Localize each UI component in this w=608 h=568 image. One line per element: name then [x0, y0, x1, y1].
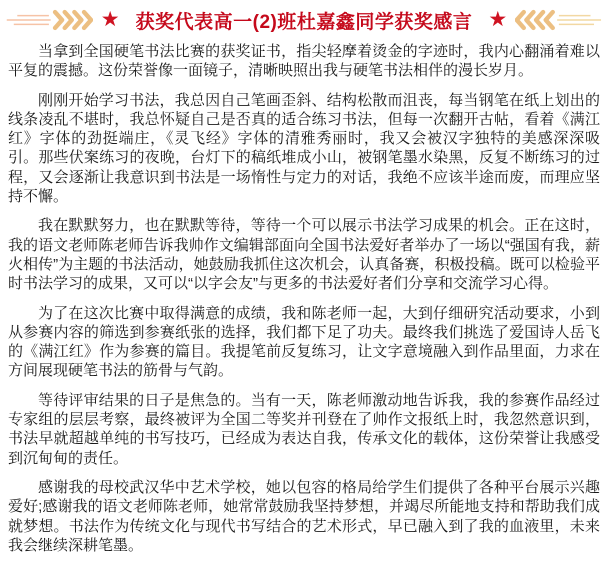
paragraph: 当拿到全国硬笔书法比赛的获奖证书，指尖轻摩着烫金的字迹时，我内心翻涌着难以平复的…: [8, 42, 600, 81]
paragraph: 等待评审结果的日子是焦急的。当有一天，陈老师激动地告诉我，我的参赛作品经过专家组…: [8, 391, 600, 468]
page-title: 获奖代表高一(2)班杜嘉鑫同学获奖感言: [128, 7, 481, 34]
paragraph: 为了在这次比赛中取得满意的成绩，我和陈老师一起，大到仔细研究活动要求，小到从参赛…: [8, 304, 600, 381]
speed-lines-wheat-left-icon: [5, 7, 93, 33]
speed-lines-wheat-right-icon: [515, 7, 603, 33]
paragraph: 感谢我的母校武汉华中艺术学校，她以包容的格局给学生们提供了各种平台展示兴趣爱好;…: [8, 478, 600, 555]
paragraph: 刚刚开始学习书法，我总因自己笔画歪斜、结构松散而沮丧，每当钢笔在纸上划出的线条凌…: [8, 91, 600, 207]
paragraph-list: 当拿到全国硬笔书法比赛的获奖证书，指尖轻摩着烫金的字迹时，我内心翻涌着难以平复的…: [5, 40, 603, 555]
star-icon: ★: [101, 9, 120, 30]
title-bar: ★ 获奖代表高一(2)班杜嘉鑫同学获奖感言 ★: [5, 4, 603, 36]
paragraph: 我在默默努力，也在默默等待，等待一个可以展示书法学习成果的机会。正在这时，我的语…: [8, 216, 600, 293]
document-page: ★ 获奖代表高一(2)班杜嘉鑫同学获奖感言 ★ 当拿到全国硬笔书法比赛的获奖证书…: [0, 0, 608, 568]
star-icon: ★: [488, 9, 507, 30]
